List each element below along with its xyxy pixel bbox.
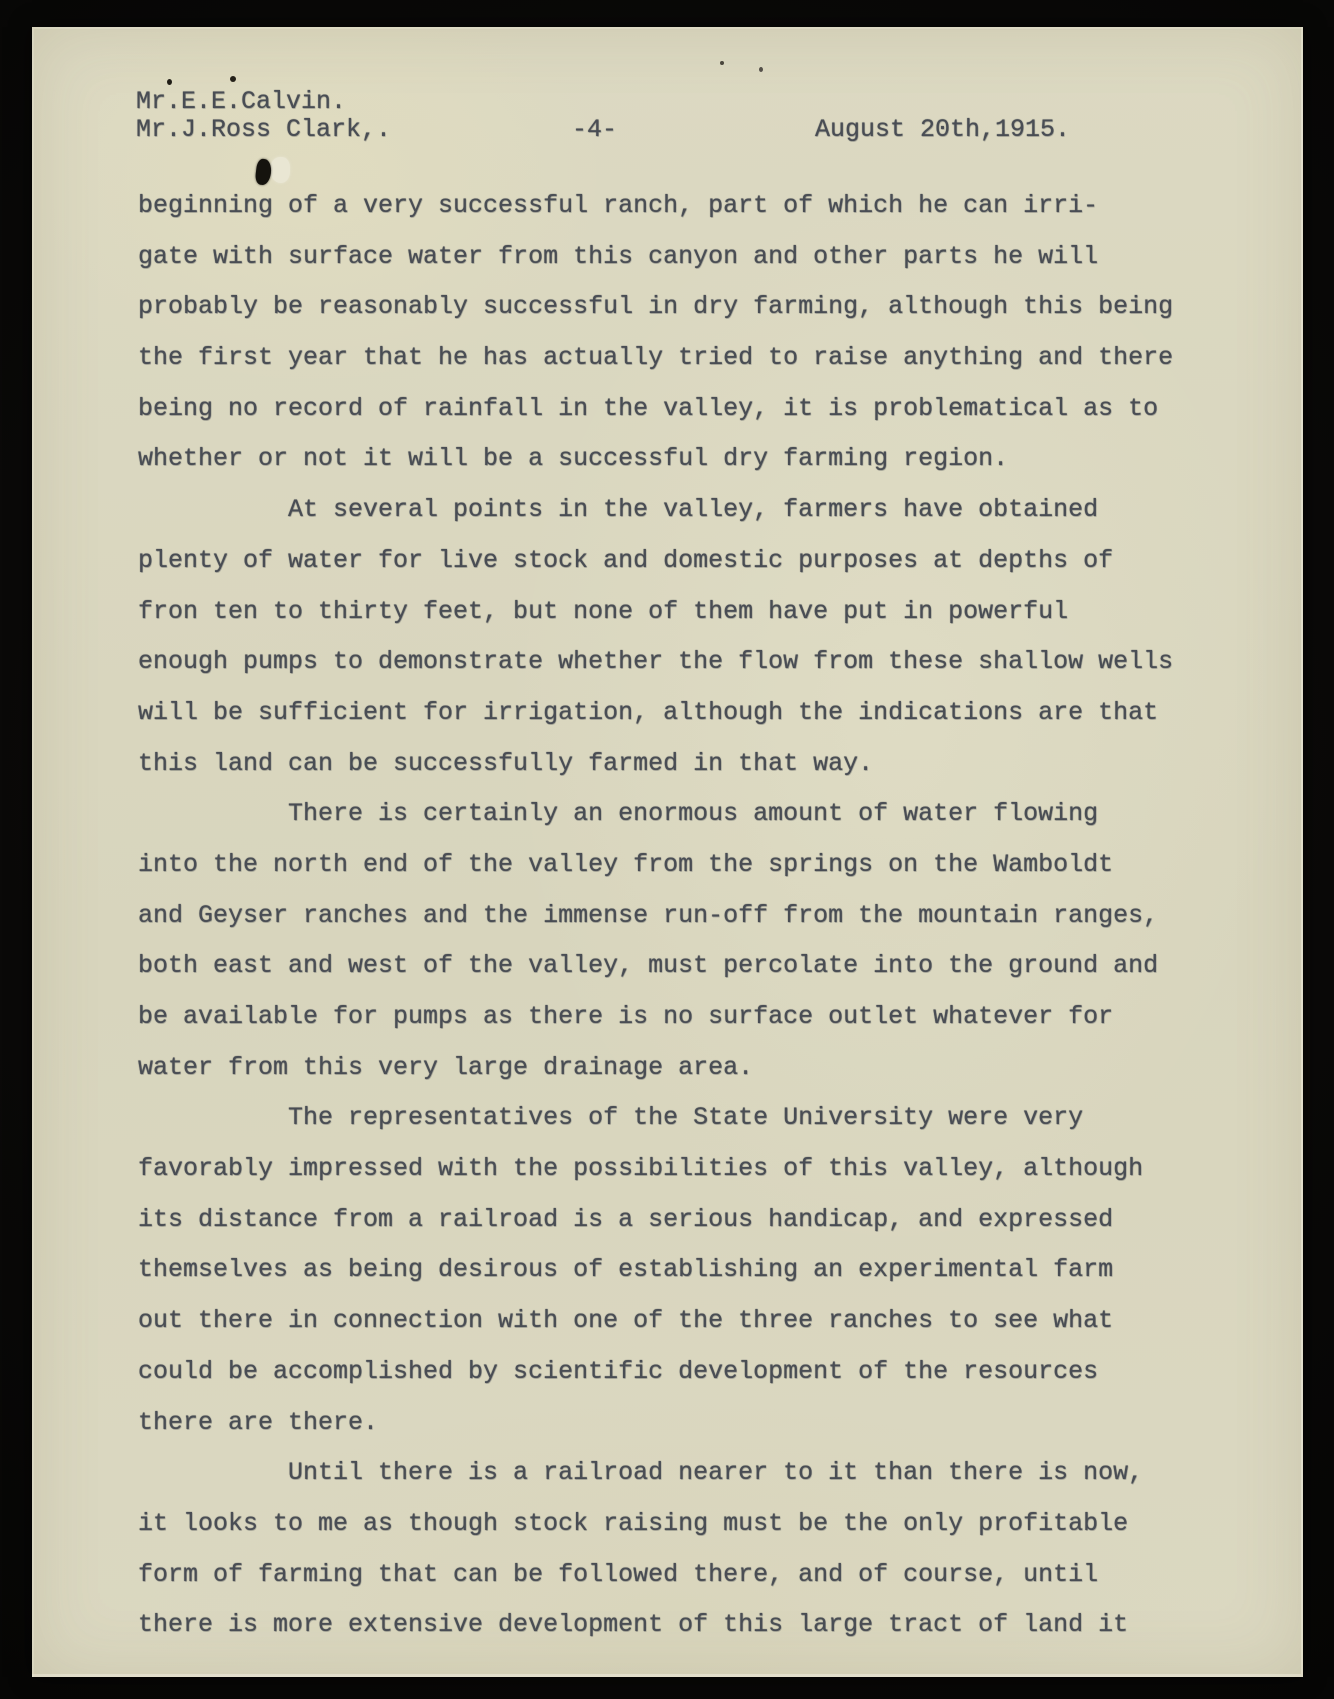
text-line: and Geyser ranches and the immense run-o… bbox=[138, 891, 1173, 942]
text-line: Until there is a railroad nearer to it t… bbox=[138, 1448, 1173, 1499]
text-line: water from this very large drainage area… bbox=[138, 1043, 1173, 1094]
page-number: -4- bbox=[572, 115, 617, 145]
text-line: could be accomplished by scientific deve… bbox=[138, 1347, 1173, 1398]
text-line: whether or not it will be a successful d… bbox=[138, 434, 1173, 485]
scan-background: Mr.E.E.Calvin. Mr.J.Ross Clark,. -4- Aug… bbox=[0, 0, 1334, 1699]
text-line: there are there. bbox=[138, 1398, 1173, 1449]
paper-tear-chip bbox=[270, 157, 290, 183]
body-text: beginning of a very successful ranch, pa… bbox=[138, 181, 1173, 1651]
text-line: there is more extensive development of t… bbox=[138, 1600, 1173, 1651]
text-line: plenty of water for live stock and domes… bbox=[138, 536, 1173, 587]
addressee-line-1: Mr.E.E.Calvin. bbox=[136, 87, 346, 117]
text-line: it looks to me as though stock raising m… bbox=[138, 1499, 1173, 1550]
text-line: The representatives of the State Univers… bbox=[138, 1093, 1173, 1144]
text-line: gate with surface water from this canyon… bbox=[138, 232, 1173, 283]
text-line: enough pumps to demonstrate whether the … bbox=[138, 637, 1173, 688]
text-line: probably be reasonably successful in dry… bbox=[138, 282, 1173, 333]
paper-speck bbox=[759, 67, 763, 72]
text-line: There is certainly an enormous amount of… bbox=[138, 789, 1173, 840]
text-line: being no record of rainfall in the valle… bbox=[138, 384, 1173, 435]
addressee-line-2: Mr.J.Ross Clark,. bbox=[136, 115, 391, 145]
text-line: will be sufficient for irrigation, altho… bbox=[138, 688, 1173, 739]
paper-speck bbox=[230, 76, 236, 82]
text-line: into the north end of the valley from th… bbox=[138, 840, 1173, 891]
text-line: beginning of a very successful ranch, pa… bbox=[138, 181, 1173, 232]
text-line: form of farming that can be followed the… bbox=[138, 1550, 1173, 1601]
letter-date: August 20th,1915. bbox=[815, 115, 1070, 145]
text-line: themselves as being desirous of establis… bbox=[138, 1245, 1173, 1296]
text-line: its distance from a railroad is a seriou… bbox=[138, 1195, 1173, 1246]
text-line: out there in connection with one of the … bbox=[138, 1296, 1173, 1347]
text-line: be available for pumps as there is no su… bbox=[138, 992, 1173, 1043]
text-line: the first year that he has actually trie… bbox=[138, 333, 1173, 384]
text-line: favorably impressed with the possibiliti… bbox=[138, 1144, 1173, 1195]
paper-speck bbox=[167, 79, 172, 85]
text-line: At several points in the valley, farmers… bbox=[138, 485, 1173, 536]
text-line: fron ten to thirty feet, but none of the… bbox=[138, 587, 1173, 638]
paper-speck bbox=[720, 61, 724, 65]
letter-page: Mr.E.E.Calvin. Mr.J.Ross Clark,. -4- Aug… bbox=[32, 27, 1303, 1677]
text-line: this land can be successfully farmed in … bbox=[138, 739, 1173, 790]
text-line: both east and west of the valley, must p… bbox=[138, 941, 1173, 992]
